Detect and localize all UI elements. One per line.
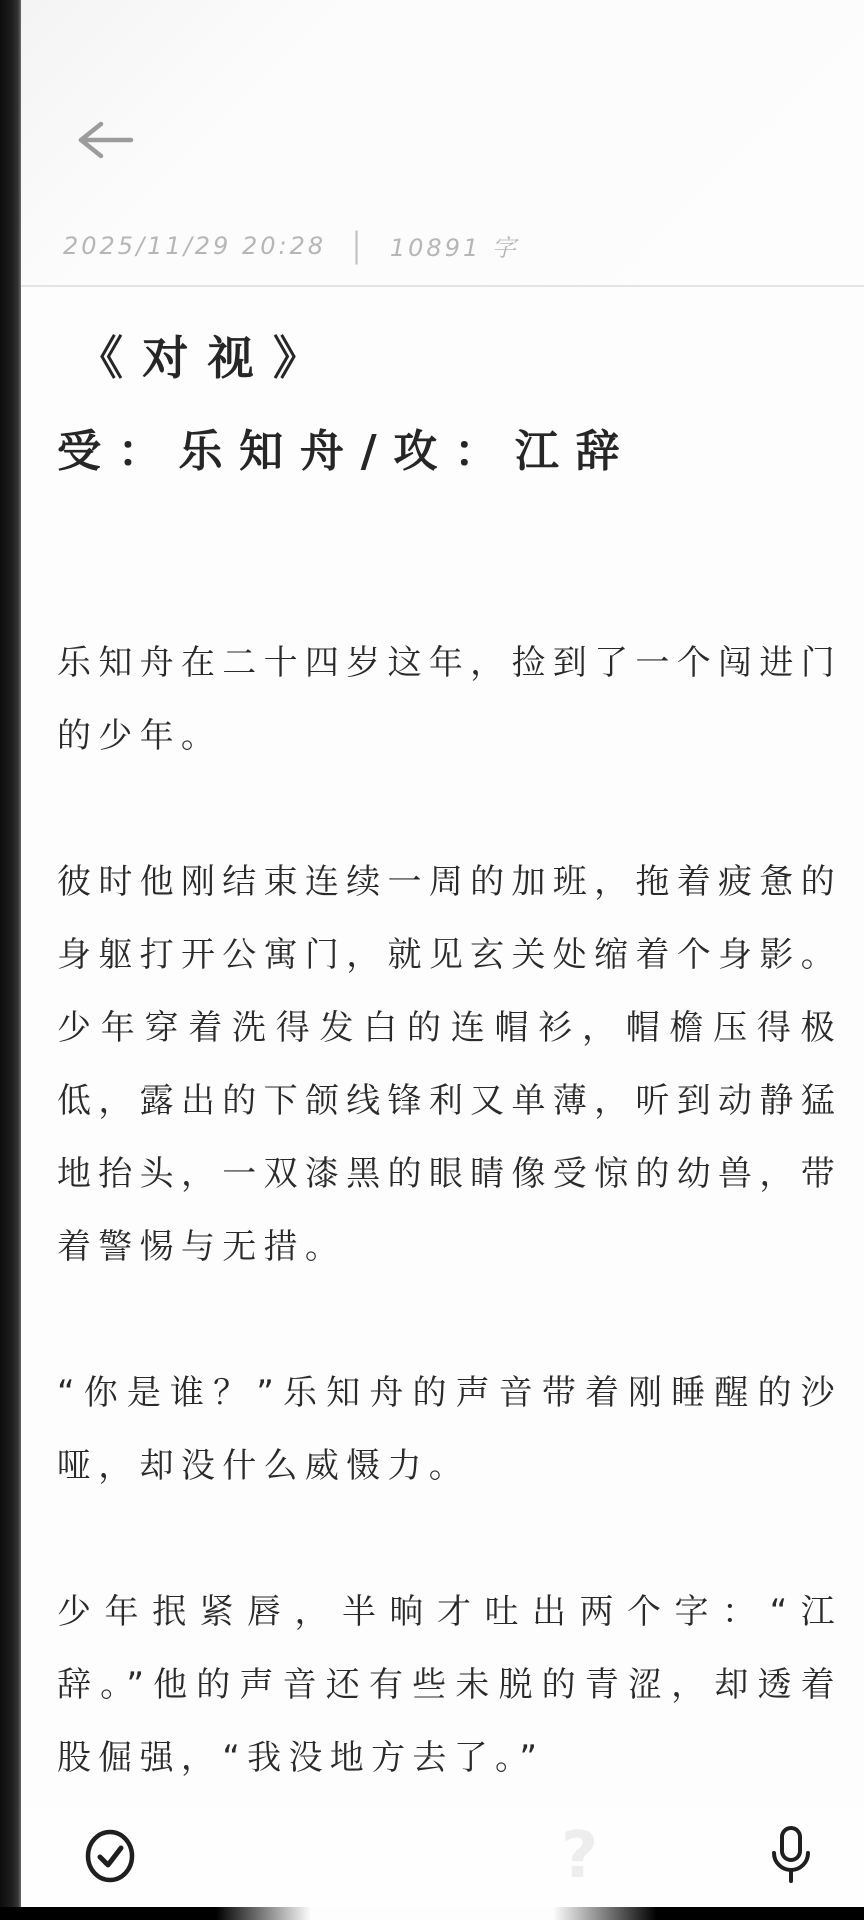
check-circle-icon <box>82 1828 138 1887</box>
bottom-toolbar: ? <box>21 1807 864 1907</box>
arrow-left-icon <box>73 152 137 167</box>
paragraph: “你是谁？”乐知舟的声音带着刚睡醒的沙哑，却没什么威慑力。 <box>57 1357 842 1503</box>
note-byline: 受：乐知舟/攻：江辞 <box>57 417 842 487</box>
paragraph: 乐知舟在二十四岁这年，捡到了一个闯进门的少年。 <box>57 627 842 773</box>
paragraph: 少年抿紧唇，半晌才吐出两个字：“江辞。”他的声音还有些未脱的青涩，却透着股倔强，… <box>57 1576 842 1795</box>
note-sheet: 2025/11/29 20:28 | 10891 字 《对视》 受：乐知舟/攻：… <box>21 0 864 1920</box>
note-title: 《对视》 <box>77 323 842 393</box>
note-body: 《对视》 受：乐知舟/攻：江辞 乐知舟在二十四岁这年，捡到了一个闯进门的少年。 … <box>21 287 864 1795</box>
note-word-count: 10891 字 <box>390 228 519 263</box>
back-button[interactable] <box>73 116 137 164</box>
paragraph: 彼时他刚结束连续一周的加班，拖着疲惫的身躯打开公寓门，就见玄关处缩着个身影。少年… <box>57 846 842 1284</box>
meta-separator: | <box>352 226 364 265</box>
note-paragraphs: 乐知舟在二十四岁这年，捡到了一个闯进门的少年。 彼时他刚结束连续一周的加班，拖着… <box>57 627 842 1795</box>
watermark-question-mark: ? <box>561 1819 598 1893</box>
memo-app-screen: 2025/11/29 20:28 | 10891 字 《对视》 受：乐知舟/攻：… <box>0 0 864 1920</box>
done-button[interactable] <box>81 1825 139 1889</box>
voice-input-button[interactable] <box>762 1825 820 1889</box>
note-meta: 2025/11/29 20:28 | 10891 字 <box>63 228 519 263</box>
screen-bottom-bezel <box>0 1907 864 1920</box>
note-datetime: 2025/11/29 20:28 <box>63 232 326 260</box>
microphone-icon <box>769 1825 813 1890</box>
note-header: 2025/11/29 20:28 | 10891 字 <box>21 0 864 287</box>
screen-left-bezel <box>0 0 21 1920</box>
